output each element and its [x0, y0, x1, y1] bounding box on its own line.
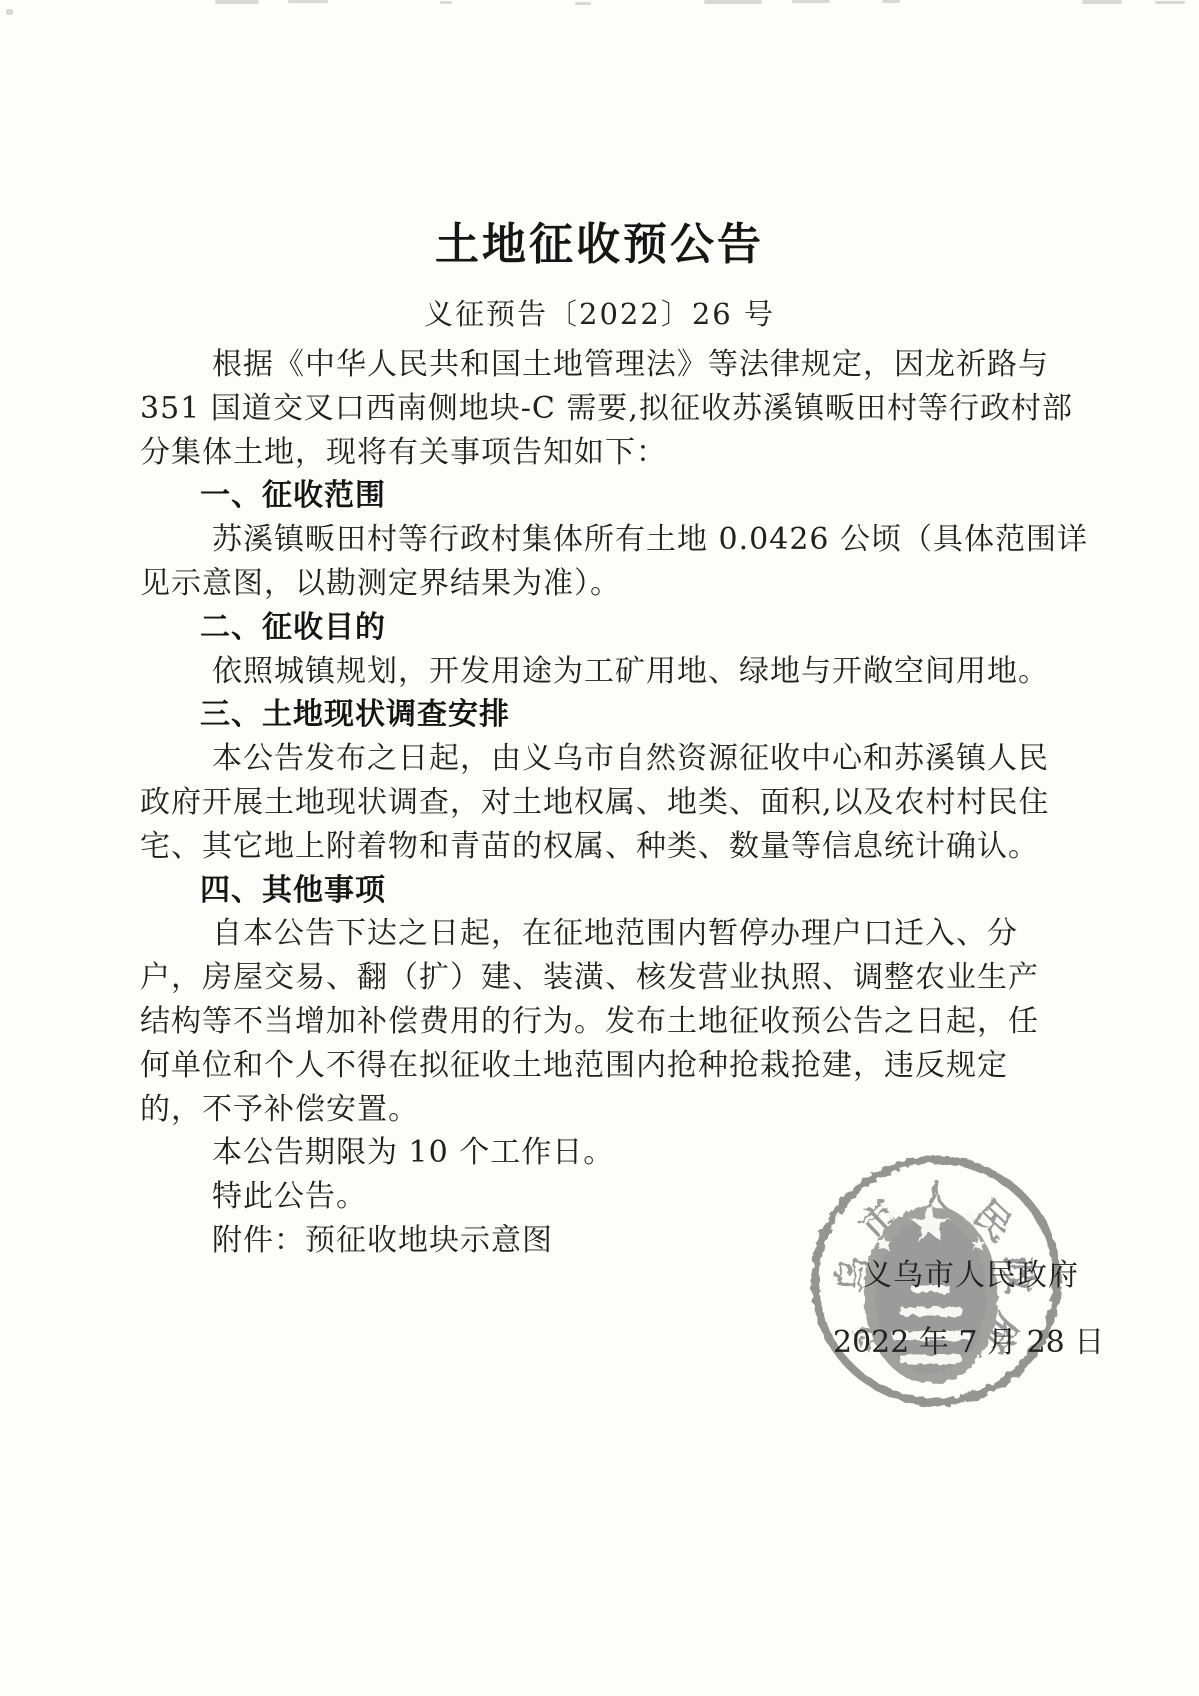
body-line: 户，房屋交易、翻（扩）建、装潢、核发营业执照、调整农业生产	[140, 956, 1070, 1000]
body-line: 何单位和个人不得在拟征收土地范围内抢种抢栽抢建，违反规定	[140, 1044, 1070, 1088]
body-line: 分集体土地，现将有关事项告知如下：	[140, 431, 1070, 475]
announcement-page: 土地征收预公告 义征预告〔2022〕26 号 根据《中华人民共和国土地管理法》等…	[0, 0, 1199, 1696]
body-line: 政府开展土地现状调查，对土地权属、地类、面积,以及农村村民住	[140, 781, 1070, 825]
body-line: 351 国道交叉口西南侧地块-C 需要,拟征收苏溪镇畈田村等行政村部	[140, 387, 1070, 431]
body-line: 苏溪镇畈田村等行政村集体所有土地 0.0426 公顷（具体范围详	[140, 518, 1070, 562]
body-line: 根据《中华人民共和国土地管理法》等法律规定，因龙祈路与	[140, 343, 1070, 387]
section-heading: 二、征收目的	[140, 606, 1070, 650]
doc-number: 义征预告〔2022〕26 号	[0, 296, 1199, 332]
issuer-signature: 义乌市人民政府	[862, 1250, 1079, 1294]
section-heading: 三、土地现状调查安排	[140, 693, 1070, 737]
page-title: 土地征收预公告	[0, 220, 1199, 270]
section-heading: 四、其他事项	[140, 869, 1070, 913]
body-line: 见示意图，以勘测定界结果为准）。	[140, 562, 1070, 606]
body-line: 依照城镇规划，开发用途为工矿用地、绿地与开敞空间用地。	[140, 650, 1070, 694]
signature-date: 2022 年 7 月 28 日	[833, 1317, 1104, 1361]
body-line: 宅、其它地上附着物和青苗的权属、种类、数量等信息统计确认。	[140, 825, 1070, 869]
body-line: 自本公告下达之日起，在征地范围内暂停办理户口迁入、分	[140, 912, 1070, 956]
section-heading: 一、征收范围	[140, 474, 1070, 518]
body-line: 本公告发布之日起，由义乌市自然资源征收中心和苏溪镇人民	[140, 737, 1070, 781]
body-line: 的，不予补偿安置。	[140, 1088, 1070, 1132]
body-line: 结构等不当增加补偿费用的行为。发布土地征收预公告之日起，任	[140, 1000, 1070, 1044]
body-text: 根据《中华人民共和国土地管理法》等法律规定，因龙祈路与351 国道交叉口西南侧地…	[140, 343, 1070, 1263]
